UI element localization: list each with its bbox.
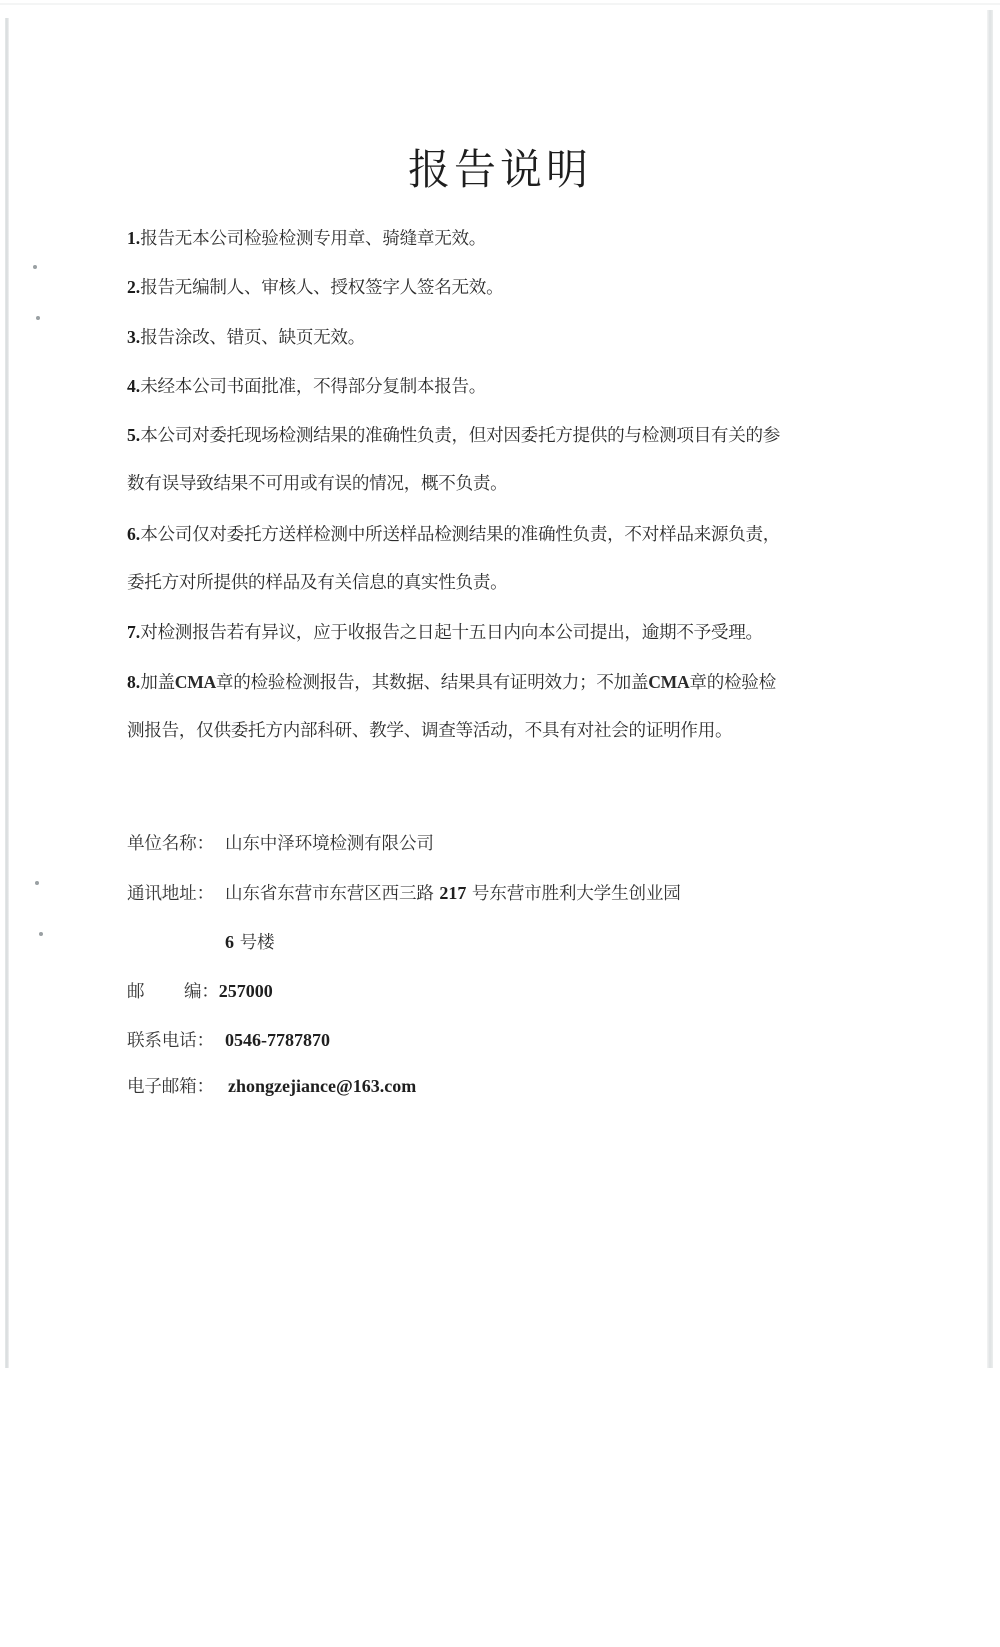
note-text: 对检测报告若有异议，应于收报告之日起十五日内向本公司提出，逾期不予受理。 xyxy=(140,623,763,643)
cma-mark-text: CMA xyxy=(175,672,216,692)
building-text: 号楼 xyxy=(240,933,275,953)
note-text-segment: 章的检验检测报告，其数据、结果具有证明效力；不加盖 xyxy=(216,673,648,693)
contact-postcode-row: 邮编：257000 xyxy=(127,977,273,1005)
note-number: 5. xyxy=(127,425,140,445)
postcode-label-part: 编： xyxy=(184,982,219,1002)
note-text: 报告无本公司检验检测专用章、骑缝章无效。 xyxy=(140,229,486,249)
contact-phone-row: 联系电话：0546-7787870 xyxy=(127,1026,330,1054)
scan-dot-mark xyxy=(36,316,40,320)
scan-dot-mark xyxy=(39,932,43,936)
scan-dot-mark xyxy=(33,265,37,269)
note-item-2: 2.报告无编制人、审核人、授权签字人签名无效。 xyxy=(127,274,872,323)
note-number: 1. xyxy=(127,228,140,248)
note-text: 报告涂改、错页、缺页无效。 xyxy=(140,328,365,348)
note-item-8-continued: 测报告，仅供委托方内部科研、教学、调查等活动，不具有对社会的证明作用。 xyxy=(127,718,872,767)
page-right-edge xyxy=(987,10,993,1368)
address-text: 号东营市胜利大学生创业园 xyxy=(472,884,681,904)
note-text: 数有误导致结果不可用或有误的情况，概不负责。 xyxy=(127,474,507,494)
note-number: 7. xyxy=(127,622,140,642)
note-item-7: 7.对检测报告若有异议，应于收报告之日起十五日内向本公司提出，逾期不予受理。 xyxy=(127,619,872,668)
company-name: 山东中泽环境检测有限公司 xyxy=(225,834,434,854)
report-notes-list: 1.报告无本公司检验检测专用章、骑缝章无效。 2.报告无编制人、审核人、授权签字… xyxy=(127,225,872,767)
note-item-6-continued: 委托方对所提供的样品及有关信息的真实性负责。 xyxy=(127,570,872,619)
note-item-4: 4.未经本公司书面批准，不得部分复制本报告。 xyxy=(127,373,872,422)
address-text: 山东省东营市东营区西三路 xyxy=(225,884,434,904)
note-text: 未经本公司书面批准，不得部分复制本报告。 xyxy=(140,377,486,397)
company-label: 单位名称： xyxy=(127,830,225,858)
email-label: 电子邮箱： xyxy=(127,1077,214,1097)
scan-dot-mark xyxy=(35,881,39,885)
note-text-segment: 加盖 xyxy=(140,673,175,693)
contact-company-row: 单位名称：山东中泽环境检测有限公司 xyxy=(127,830,434,858)
note-text: 委托方对所提供的样品及有关信息的真实性负责。 xyxy=(127,573,507,593)
contact-address-row: 通讯地址：山东省东营市东营区西三路 217 号东营市胜利大学生创业园 xyxy=(127,879,681,907)
postcode-value: 257000 xyxy=(219,981,273,1001)
building-number: 6 xyxy=(225,932,234,952)
contact-address-line2: 6 号楼 xyxy=(225,928,274,956)
note-number: 6. xyxy=(127,524,140,544)
address-street-number: 217 xyxy=(439,883,466,903)
note-text: 加盖CMA章的检验检测报告，其数据、结果具有证明效力；不加盖CMA章的检验检 xyxy=(140,673,776,693)
note-number: 8. xyxy=(127,672,140,692)
note-text: 报告无编制人、审核人、授权签字人签名无效。 xyxy=(140,278,503,298)
note-item-5: 5.本公司对委托现场检测结果的准确性负责，但对因委托方提供的与检测项目有关的参 xyxy=(127,422,872,471)
phone-number: 0546-7787870 xyxy=(225,1030,330,1050)
note-number: 3. xyxy=(127,327,140,347)
cma-mark-text: CMA xyxy=(648,672,689,692)
note-text-segment: 章的检验检 xyxy=(689,673,775,693)
note-item-1: 1.报告无本公司检验检测专用章、骑缝章无效。 xyxy=(127,225,872,274)
contact-email-row: 电子邮箱：zhongzejiance@163.com xyxy=(127,1072,416,1100)
note-item-8: 8.加盖CMA章的检验检测报告，其数据、结果具有证明效力；不加盖CMA章的检验检 xyxy=(127,669,872,718)
page-title: 报告说明 xyxy=(0,142,1000,198)
note-item-3: 3.报告涂改、错页、缺页无效。 xyxy=(127,324,872,373)
postcode-label-part: 邮 xyxy=(127,978,184,1006)
note-text: 测报告，仅供委托方内部科研、教学、调查等活动，不具有对社会的证明作用。 xyxy=(127,721,732,741)
page-left-edge xyxy=(5,18,9,1368)
note-item-6: 6.本公司仅对委托方送样检测中所送样品检测结果的准确性负责，不对样品来源负责， xyxy=(127,521,872,570)
note-number: 2. xyxy=(127,277,140,297)
page-top-edge xyxy=(0,3,1000,5)
note-item-5-continued: 数有误导致结果不可用或有误的情况，概不负责。 xyxy=(127,471,872,520)
address-label: 通讯地址： xyxy=(127,880,225,908)
note-text: 本公司对委托现场检测结果的准确性负责，但对因委托方提供的与检测项目有关的参 xyxy=(140,426,780,446)
note-text: 本公司仅对委托方送样检测中所送样品检测结果的准确性负责，不对样品来源负责， xyxy=(140,525,780,545)
phone-label: 联系电话： xyxy=(127,1027,225,1055)
scanned-page: 报告说明 1.报告无本公司检验检测专用章、骑缝章无效。 2.报告无编制人、审核人… xyxy=(0,0,1000,1368)
email-address: zhongzejiance@163.com xyxy=(228,1076,416,1096)
note-number: 4. xyxy=(127,376,140,396)
